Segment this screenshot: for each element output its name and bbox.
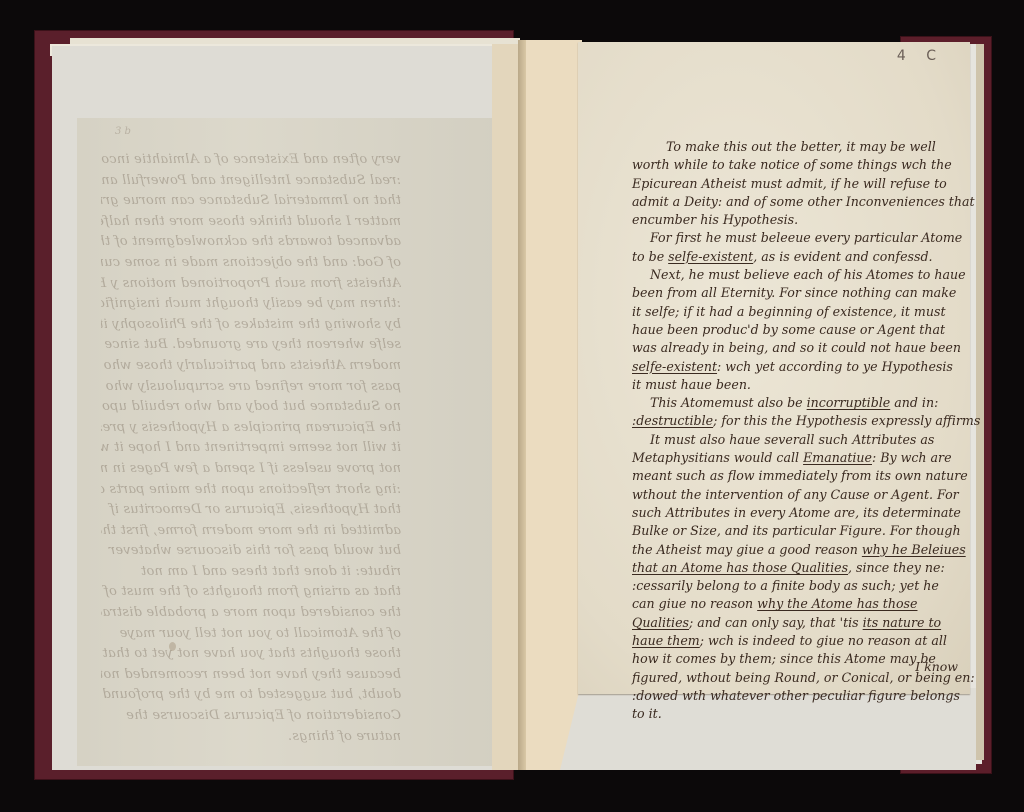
text-run: ; for this the Hypothesis expressly affi… [713, 413, 980, 428]
show-through-line: the considered upon more a probable dist… [101, 603, 401, 624]
text-run: , as is evident and confessd. [753, 249, 932, 264]
manuscript-line: meant such as flow immediately from its … [632, 467, 950, 485]
underlined-phrase: haue them [632, 633, 700, 648]
show-through-line: selfe whereon they are grounded. But sin… [101, 335, 401, 356]
manuscript-line: that an Atome has those Qualities, since… [632, 559, 950, 577]
gutter-fold [518, 40, 526, 770]
manuscript-line: selfe-existent: wch yet according to ye … [632, 358, 950, 376]
show-through-line: by showing the mistakes of the Philosoph… [101, 315, 401, 336]
show-through-line: :real Substance Intelligent and Powerful… [101, 171, 401, 192]
text-run: ; and can only say, that 'tis [689, 615, 863, 630]
manuscript-line: Epicurean Atheist must admit, if he will… [632, 175, 950, 193]
text-run: and in: [890, 395, 938, 410]
manuscript-line: to be selfe-existent, as is evident and … [632, 248, 950, 266]
show-through-text: very often and Existence of a Almiahtie … [101, 150, 401, 747]
show-through-line: pass for more refined are scrupulously w… [101, 377, 401, 398]
manuscript-line: To make this out the better, it may be w… [632, 138, 950, 156]
show-through-line: doubt, but suggested to me by the profou… [101, 685, 401, 706]
manuscript-line: haue been produc'd by some cause or Agen… [632, 321, 950, 339]
underlined-phrase: selfe-existent [632, 359, 717, 374]
manuscript-line: :dowed wth whatever other peculiar figur… [632, 687, 950, 705]
show-through-line: but would pass for this discourse whatev… [101, 541, 401, 562]
manuscript-line: Bulke or Size, and its particular Figure… [632, 522, 950, 540]
text-run: This Atome [650, 395, 722, 410]
manuscript-text: To make this out the better, it may be w… [632, 138, 950, 724]
show-through-line: modern Atheists and particularly those w… [101, 356, 401, 377]
text-run: Metaphysitians would call [632, 450, 803, 465]
foxing-spot [169, 642, 176, 651]
text-run: : By wch are [872, 450, 952, 465]
underlined-phrase: selfe-existent [668, 249, 753, 264]
show-through-line: not prove useless if I spend a few Pages… [101, 459, 401, 480]
manuscript-line: encumber his Hypothesis. [632, 211, 950, 229]
show-through-line: very often and Existence of a Almiahtie … [101, 150, 401, 171]
manuscript-line: admit a Deity: and of some other Inconve… [632, 193, 950, 211]
show-through-line: those thoughts that you have not yet to … [101, 644, 401, 665]
manuscript-line: figured, wthout being Round, or Conical,… [632, 669, 950, 687]
photograph-background: 3 b very often and Existence of a Almiah… [0, 0, 1024, 812]
manuscript-line: worth while to take notice of some thing… [632, 156, 950, 174]
show-through-line: the Epicurean principles a Hypothesis y … [101, 418, 401, 439]
show-through-line: of God: and the objections made in some … [101, 253, 401, 274]
underlined-phrase: its nature to [863, 615, 941, 630]
show-through-line: of the Atomicall to you not tell your ma… [101, 624, 401, 645]
manuscript-line: can giue no reason why the Atome has tho… [632, 595, 950, 613]
catchword: I know [915, 659, 958, 674]
text-run: ; wch is indeed to giue no reason at all [700, 633, 947, 648]
show-through-line: Atheists from such Proportioned motions … [101, 274, 401, 295]
folio-number: 4 C [897, 48, 944, 64]
manuscript-line: the Atheist may giue a good reason why h… [632, 541, 950, 559]
manuscript-line: Qualities; and can only say, that 'tis i… [632, 614, 950, 632]
underlined-phrase: Emanatiue [803, 450, 872, 465]
underlined-phrase: Qualities [632, 615, 689, 630]
show-through-line: :ing short reflections upon the maine pa… [101, 480, 401, 501]
right-manuscript-page: 4 C To make this out the better, it may … [578, 42, 970, 694]
show-through-line: Consideration of Epicurus Discourse the [101, 706, 401, 727]
show-through-line: because they have not been recomended no… [101, 665, 401, 686]
text-run: the Atheist may giue a good reason [632, 542, 862, 557]
show-through-line: :thren may be easily thought much insign… [101, 294, 401, 315]
manuscript-line: :destructible; for this the Hypothesis e… [632, 412, 950, 430]
underlined-phrase: :destructible [632, 413, 713, 428]
manuscript-line: Metaphysitians would call Emanatiue: By … [632, 449, 950, 467]
page-stub-edge [976, 44, 984, 760]
show-through-line: matter I should thinke those more then h… [101, 212, 401, 233]
show-through-line: advanced towards the acknowledgment of t… [101, 232, 401, 253]
underlined-phrase: why the Atome has those [757, 596, 917, 611]
manuscript-line: wthout the intervention of any Cause or … [632, 486, 950, 504]
manuscript-line: This Atomemust also be incorruptible and… [632, 394, 950, 412]
manuscript-line: to it. [632, 705, 950, 723]
text-run: can giue no reason [632, 596, 757, 611]
show-through-line: ribute: it done that these and I am not [101, 562, 401, 583]
manuscript-line: For first he must beleeue every particul… [632, 229, 950, 247]
manuscript-line: such Attributes in every Atome are, its … [632, 504, 950, 522]
show-through-line: no Substance but body and who rebuild up… [101, 397, 401, 418]
manuscript-line: been from all Eternity. For since nothin… [632, 284, 950, 302]
text-run: : wch yet according to ye Hypothesis [717, 359, 953, 374]
text-run: be [783, 395, 807, 410]
manuscript-line: haue them; wch is indeed to giue no reas… [632, 632, 950, 650]
underlined-phrase: incorruptible [807, 395, 891, 410]
guard-strip-right [524, 40, 582, 770]
show-through-line: that Hypothesis, Epicurus or Democritus … [101, 500, 401, 521]
manuscript-line: :cessarily belong to a finite body as su… [632, 577, 950, 595]
text-run: to be [632, 249, 668, 264]
show-through-line: admitted in the more modern forme, first… [101, 521, 401, 542]
text-run: , since they ne: [848, 560, 945, 575]
manuscript-line: It must also haue severall such Attribut… [632, 431, 950, 449]
manuscript-line: it must haue been. [632, 376, 950, 394]
underlined-phrase: why he Beleiues [862, 542, 966, 557]
underlined-phrase: that an Atome has those Qualities [632, 560, 848, 575]
left-page-marker: 3 b [115, 126, 131, 137]
left-manuscript-page: 3 b very often and Existence of a Almiah… [77, 118, 492, 766]
text-run: must also [722, 395, 783, 410]
show-through-line: that as arising from thoughts of the mus… [101, 582, 401, 603]
manuscript-line: Next, he must believe each of his Atomes… [632, 266, 950, 284]
show-through-line: nature of things. [101, 727, 401, 748]
show-through-line: it will not seeme impertinent and I hope… [101, 438, 401, 459]
manuscript-line: how it comes by them; since this Atome m… [632, 650, 950, 668]
show-through-line: that no Immaterial Substance can morue g… [101, 191, 401, 212]
manuscript-line: it selfe; if it had a beginning of exist… [632, 303, 950, 321]
manuscript-line: was already in being, and so it could no… [632, 339, 950, 357]
